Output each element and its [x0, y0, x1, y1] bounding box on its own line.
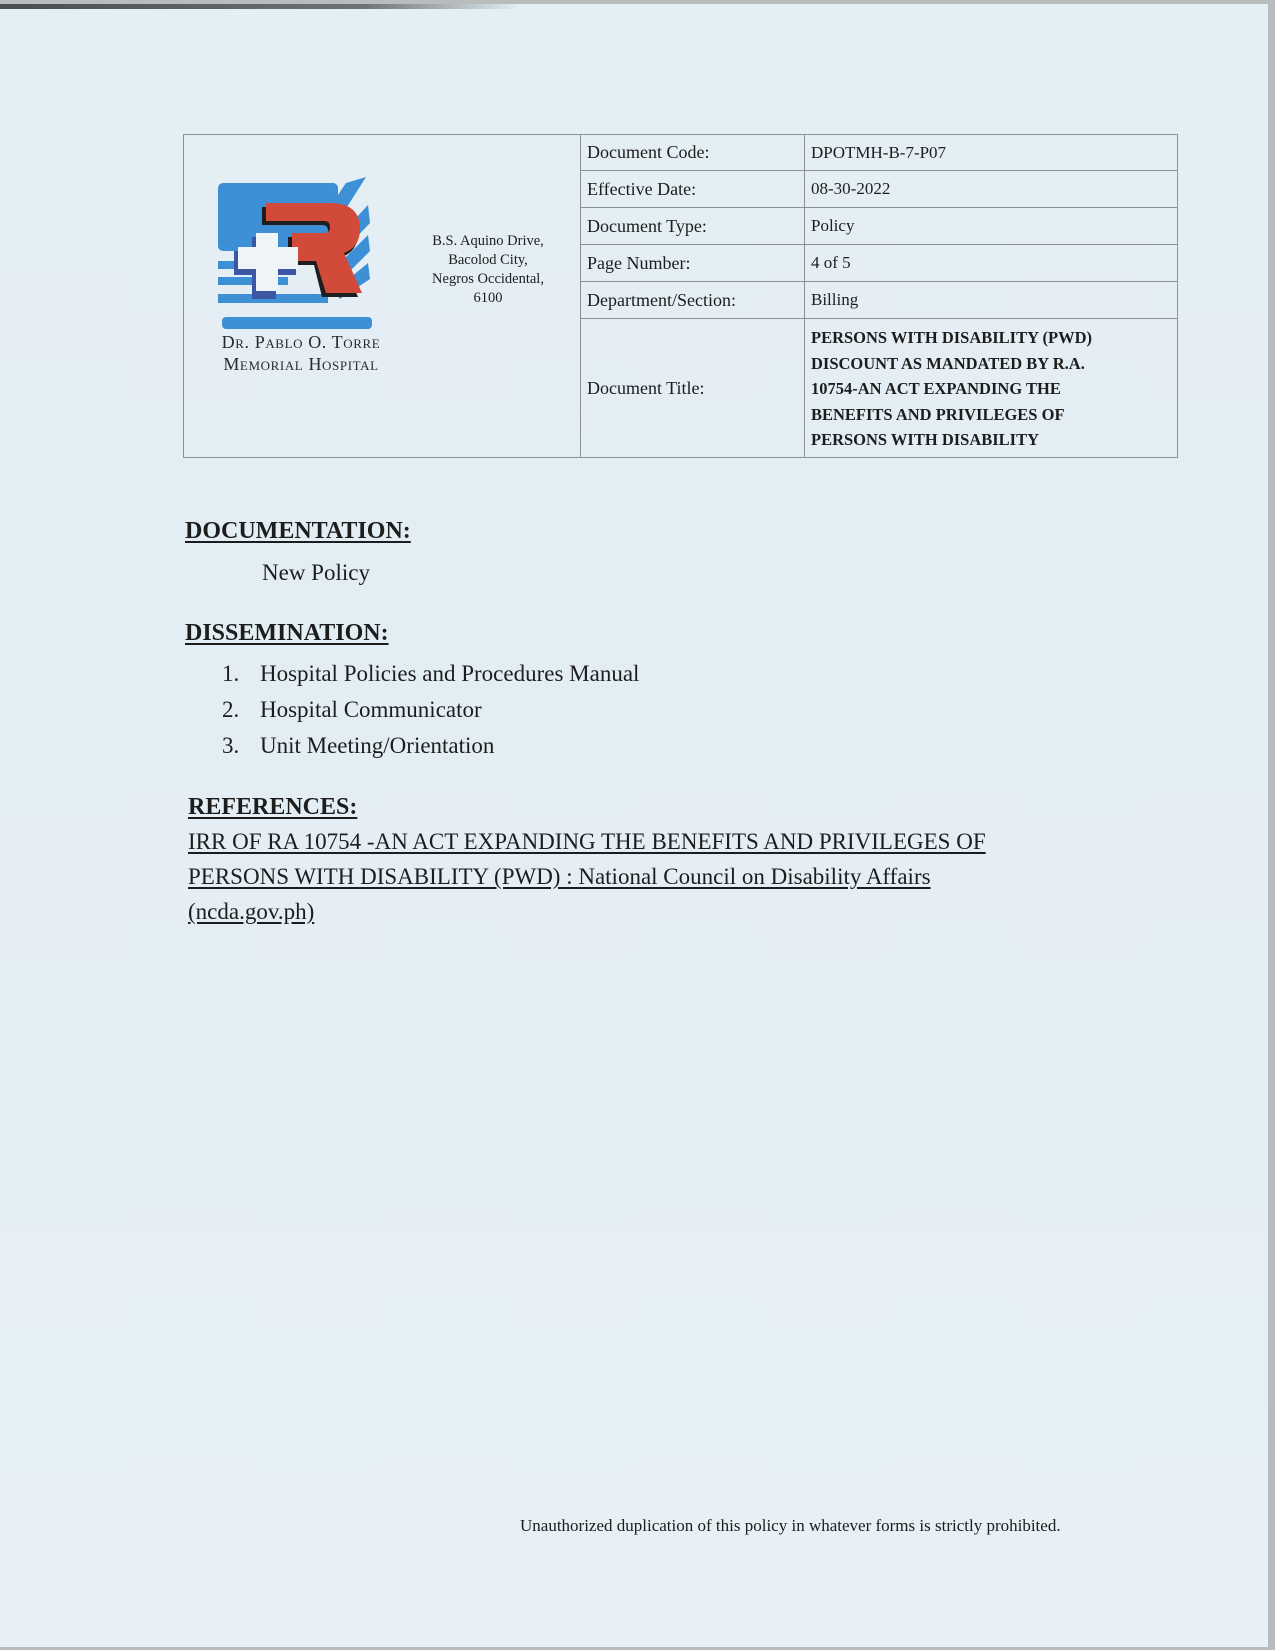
field-label: Document Code:: [581, 135, 805, 170]
list-item: 3.Unit Meeting/Orientation: [222, 728, 639, 764]
hospital-address: B.S. Aquino Drive, Bacolod City, Negros …: [410, 232, 566, 308]
hospital-name: Dr. Pablo O. Torre Memorial Hospital: [196, 331, 406, 375]
field-page-number: Page Number: 4 of 5: [581, 245, 1177, 282]
field-value: 4 of 5: [811, 245, 1169, 281]
field-value: Billing: [811, 282, 1169, 318]
field-label: Page Number:: [581, 245, 805, 281]
field-effective-date: Effective Date: 08-30-2022: [581, 171, 1177, 208]
field-document-type: Document Type: Policy: [581, 208, 1177, 245]
field-value: 08-30-2022: [811, 171, 1169, 207]
reference-line3[interactable]: (ncda.gov.ph): [188, 899, 314, 924]
field-label: Effective Date:: [581, 171, 805, 207]
field-label: Document Title:: [581, 319, 805, 457]
field-label: Department/Section:: [581, 282, 805, 318]
hospital-logo-icon: [218, 177, 376, 332]
field-document-title: Document Title: PERSONS WITH DISABILITY …: [581, 319, 1177, 457]
scan-edge-shadow: [0, 4, 520, 9]
references-heading: REFERENCES:: [188, 794, 357, 821]
list-item: 1.Hospital Policies and Procedures Manua…: [222, 656, 639, 692]
field-label: Document Type:: [581, 208, 805, 244]
field-value: PERSONS WITH DISABILITY (PWD) DISCOUNT A…: [811, 319, 1169, 463]
dissemination-heading: DISSEMINATION:: [185, 620, 389, 647]
documentation-value: New Policy: [262, 560, 370, 586]
reference-line2[interactable]: PERSONS WITH DISABILITY (PWD) : National…: [188, 864, 931, 889]
item-number: 3.: [222, 728, 260, 764]
item-number: 1.: [222, 656, 260, 692]
item-text: Hospital Policies and Procedures Manual: [260, 661, 639, 686]
document-header-table: Dr. Pablo O. Torre Memorial Hospital B.S…: [183, 134, 1178, 458]
dissemination-list: 1.Hospital Policies and Procedures Manua…: [222, 656, 639, 764]
documentation-heading: DOCUMENTATION:: [185, 518, 411, 545]
footer-notice: Unauthorized duplication of this policy …: [520, 1516, 1061, 1536]
document-metadata: Document Code: DPOTMH-B-7-P07 Effective …: [581, 135, 1177, 457]
hospital-name-line1: Dr. Pablo O. Torre: [196, 331, 406, 353]
item-text: Unit Meeting/Orientation: [260, 733, 494, 758]
field-value: DPOTMH-B-7-P07: [811, 135, 1169, 170]
item-number: 2.: [222, 692, 260, 728]
reference-link[interactable]: IRR OF RA 10754 -AN ACT EXPANDING THE BE…: [188, 824, 1088, 929]
field-department-section: Department/Section: Billing: [581, 282, 1177, 319]
item-text: Hospital Communicator: [260, 697, 482, 722]
field-document-code: Document Code: DPOTMH-B-7-P07: [581, 135, 1177, 171]
hospital-name-line2: Memorial Hospital: [196, 353, 406, 375]
field-value: Policy: [811, 208, 1169, 244]
document-page: Dr. Pablo O. Torre Memorial Hospital B.S…: [0, 4, 1268, 1647]
reference-line1[interactable]: IRR OF RA 10754 -AN ACT EXPANDING THE BE…: [188, 829, 986, 854]
list-item: 2.Hospital Communicator: [222, 692, 639, 728]
hospital-identity-cell: Dr. Pablo O. Torre Memorial Hospital B.S…: [184, 135, 581, 457]
